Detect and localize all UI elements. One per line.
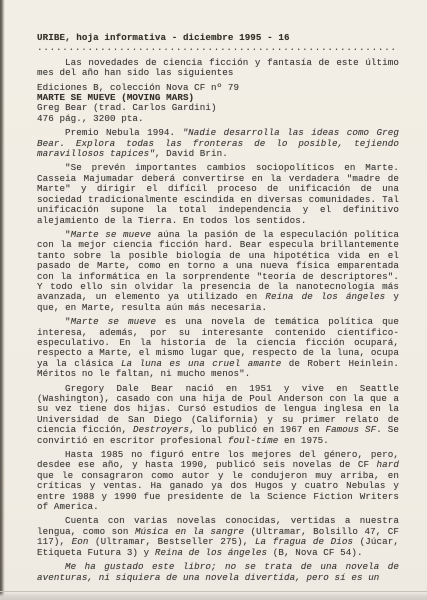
text-segment: que le consagraron como autor y le condu… (37, 470, 399, 512)
text-segment: Hasta 1985 no figuró entre los mejores d… (37, 449, 399, 470)
bold-text-segment: MARTE SE MUEVE (MOVING MARS) (37, 92, 194, 103)
italic-text-segment: Música en la sangre (135, 526, 244, 537)
book-info-block: Ediciones B, colección Nova CF nº 79MART… (37, 83, 399, 125)
italic-text-segment: Marte se mueve (71, 229, 151, 240)
text-segment: Ediciones B, colección Nova CF nº 79 (37, 82, 239, 93)
italic-text-segment: Eon (72, 536, 89, 547)
text-segment: Greg Bear (trad. Carlos Gardini) (37, 102, 217, 113)
paragraph: Hasta 1985 no figuró entre los mejores d… (37, 450, 399, 512)
text-segment: Las novedades de ciencia ficción y fanta… (37, 57, 399, 78)
paragraph: Las novedades de ciencia ficción y fanta… (37, 58, 399, 79)
italic-text-segment: Me ha gustado este libro; no se trata de… (37, 561, 399, 582)
italic-text-segment: Famous SF (325, 424, 376, 435)
newsletter-header: URIBE, hoja informativa - diciembre 1995… (37, 33, 399, 43)
text-segment: 476 pág., 3200 pta. (37, 113, 144, 124)
document-blocks: Las novedades de ciencia ficción y fanta… (37, 58, 399, 583)
italic-text-segment: Marte se mueve (71, 316, 156, 327)
text-segment: Premio Nebula 1994. (65, 127, 183, 138)
text-segment: , David Brin. (155, 148, 228, 159)
text-segment: (B, Nova CF 54). (267, 547, 362, 558)
page-content: URIBE, hoja informativa - diciembre 1995… (37, 33, 399, 583)
italic-text-segment: Reina de los ángeles (155, 547, 267, 558)
paragraph: Premio Nebula 1994. "Nadie desarrolla la… (37, 128, 399, 159)
italic-text-segment: La luna es una cruel amante (121, 358, 281, 369)
paragraph: Cuenta con varias novelas conocidas, ver… (37, 516, 399, 558)
italic-text-segment: foul-time (228, 435, 279, 446)
paragraph: Me ha gustado este libro; no se trata de… (37, 562, 399, 583)
dotted-separator: ........................................… (37, 43, 399, 53)
italic-text-segment: Reina de los ángeles (265, 291, 385, 302)
italic-text-segment: hard (377, 459, 399, 470)
text-segment: (Ultramar, Bestseller 275), (88, 536, 254, 547)
scanned-newsletter-page: URIBE, hoja informativa - diciembre 1995… (0, 0, 427, 600)
scan-edge-left (0, 0, 5, 600)
text-segment: , lo publicó en 1967 en (189, 424, 325, 435)
paragraph: "Se prevén importantes cambios sociopolí… (37, 163, 399, 225)
book-info-line: 476 pág., 3200 pta. (37, 114, 399, 124)
italic-text-segment: Destroyers (133, 424, 189, 435)
text-segment: en 1975. (278, 435, 329, 446)
paragraph: "Marte se mueve es una novela de temátic… (37, 317, 399, 379)
paragraph: Gregory Dale Bear nació en 1951 y vive e… (37, 384, 399, 446)
text-segment: "Se prevén importantes cambios sociopolí… (37, 162, 399, 225)
italic-text-segment: La fragua de Dios (255, 536, 353, 547)
paragraph: "Marte se mueve aúna la pasión de la esp… (37, 230, 399, 313)
scan-edge-bottom (0, 591, 427, 600)
